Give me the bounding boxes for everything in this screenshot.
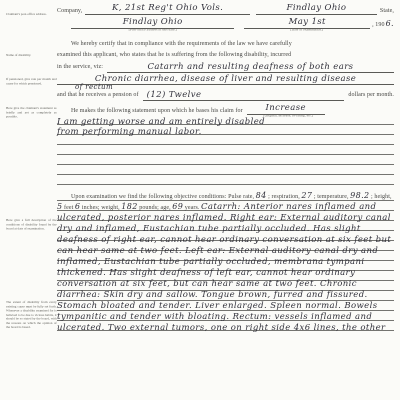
statement-line-2: from performing manual labor.: [57, 127, 202, 137]
disability-line-2: Chronic diarrhea, disease of liver and r…: [95, 74, 356, 84]
claimant-statement-area: I am getting worse and am entirely disab…: [57, 115, 394, 185]
state-label: State,: [380, 8, 394, 15]
temperature-label: ; temperature,: [314, 194, 349, 200]
exam-findings-text: Catarrh: Anterior nares inflamed and ulc…: [57, 202, 391, 333]
header-row-address-date: Findlay Ohio [Post-office address of thi…: [57, 17, 394, 29]
height-feet-value: 5: [57, 202, 63, 211]
margin-note-disability: Name of disability.: [6, 54, 57, 58]
margin-note-pension: If pensioned, give rate per month and ca…: [6, 78, 57, 86]
claim-type-caption: [Original, increase, re-rating, etc.]: [263, 114, 308, 118]
margin-note-extent: The extent of disability from every exis…: [6, 301, 57, 330]
header-row-company: Company, K, 21st Reg't Ohio Vols. Findla…: [57, 3, 394, 15]
claim-row: He makes the following statement upon wh…: [57, 103, 394, 115]
respiration-value: 27: [301, 191, 312, 200]
year-prefix: , 190: [372, 22, 385, 29]
date-caption: [Date of examination.]: [271, 28, 344, 32]
address-field: Findlay Ohio [Post-office address of thi…: [71, 17, 234, 29]
age-value: 69: [172, 202, 183, 211]
margin-note-address: Claimant's post-office address.: [6, 13, 57, 17]
form-body: Company, K, 21st Reg't Ohio Vols. Findla…: [57, 3, 394, 334]
viz-label: in the service, viz:: [57, 62, 103, 73]
temperature-value: 98.2: [350, 191, 369, 200]
inches-label: inches; weight,: [82, 205, 120, 211]
company-value: K, 21st Reg't Ohio Vols.: [112, 3, 223, 13]
company-field: K, 21st Reg't Ohio Vols.: [85, 3, 250, 15]
disability-superscript: of rectum: [75, 82, 113, 93]
state-place-value: Findlay Ohio: [287, 3, 347, 13]
disability-line-1: Catarrh and resulting deafness of both e…: [148, 62, 354, 72]
respiration-label: ; respiration,: [268, 194, 300, 200]
pension-row: of rectum and that he receives a pension…: [57, 88, 394, 101]
pension-value: (12) Twelve: [147, 90, 202, 101]
year-value: 6.: [386, 20, 394, 29]
state-place-field: Findlay Ohio: [256, 3, 377, 15]
certify-viz-row: in the service, viz: Catarrh and resulti…: [57, 61, 394, 73]
feet-label: feet: [64, 205, 73, 211]
margin-note-description: Here give a full description of the cond…: [6, 219, 57, 231]
date-value: May 1st: [289, 17, 326, 27]
certify-line-2: examined this applicant, who states that…: [57, 50, 394, 61]
height-inches-value: 6: [75, 202, 81, 211]
exam-intro-label: Upon examination we find the following o…: [71, 194, 254, 200]
examination-area: Upon examination we find the following o…: [57, 191, 394, 334]
years-label: years.: [185, 205, 200, 211]
pension-field: (12) Twelve: [143, 89, 345, 101]
claim-type-field: Increase [Original, increase, re-rating,…: [247, 103, 325, 115]
weight-value: 182: [121, 202, 137, 211]
claim-type-value: Increase: [266, 103, 306, 113]
claim-statement-label: He makes the following statement upon wh…: [71, 108, 243, 115]
surgeons-certificate-page: Claimant's post-office address. Name of …: [0, 0, 400, 400]
address-caption: [Post-office address of this date.]: [105, 28, 200, 32]
margin-note-statement: Here give the claimant's statement as br…: [6, 107, 57, 119]
pounds-label: pounds; age,: [139, 205, 171, 211]
address-value: Findlay Ohio: [123, 17, 183, 27]
height-label: ; height,: [371, 194, 392, 200]
certify-line-1: We hereby certify that in compliance wit…: [57, 39, 394, 50]
pension-suffix: dollars per month.: [348, 90, 394, 101]
certify-paragraph: We hereby certify that in compliance wit…: [57, 39, 394, 101]
pulse-value: 84: [256, 191, 267, 200]
company-label: Company,: [57, 8, 82, 15]
disability-field-1: Catarrh and resulting deafness of both e…: [107, 61, 394, 73]
date-field: May 1st [Date of examination.]: [244, 17, 370, 29]
